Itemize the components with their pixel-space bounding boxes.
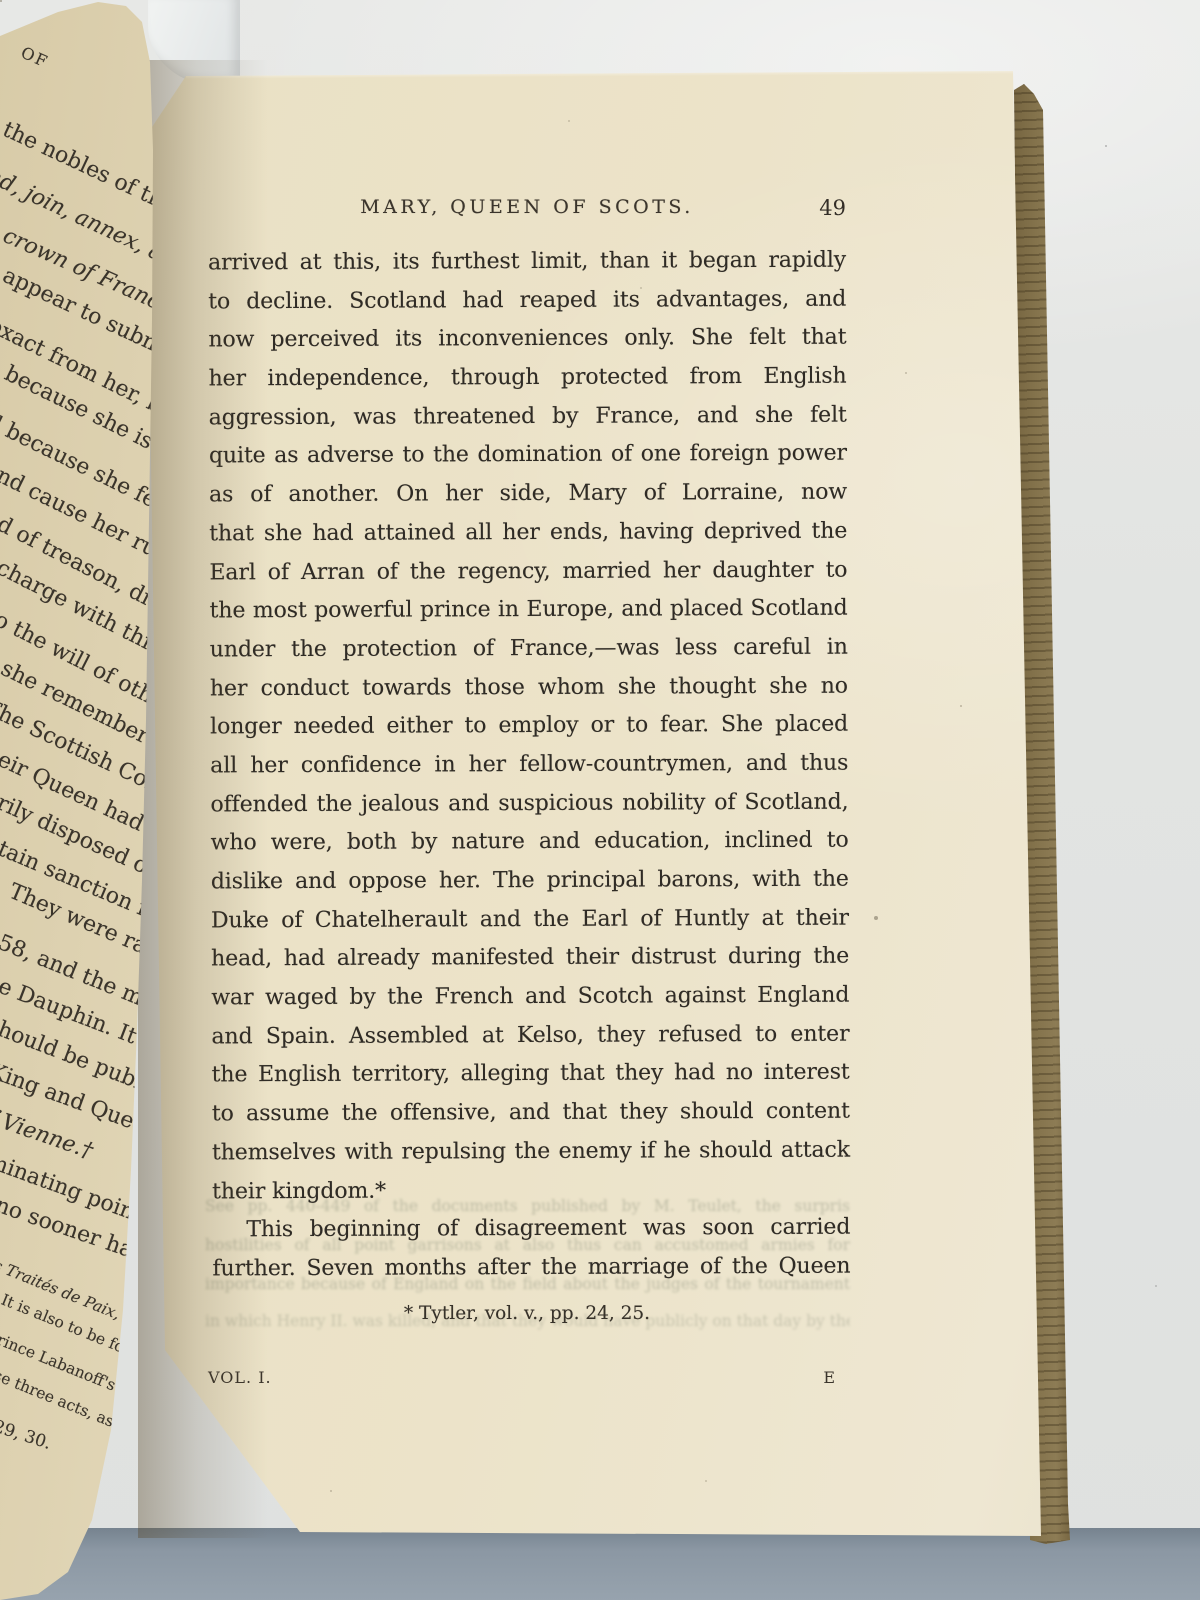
body-line: themselves with repulsing the enemy if h… <box>212 1131 850 1172</box>
body-line: the English territory, alleging that the… <box>212 1054 850 1095</box>
body-line: war waged by the French and Scotch again… <box>211 977 849 1018</box>
body-line: all her confidence in her fellow-country… <box>210 745 848 786</box>
body-line: This beginning of disagreement was soon … <box>212 1209 850 1250</box>
left-page-fragment: OF <box>18 43 52 72</box>
body-line: to assume the offensive, and that they s… <box>212 1093 850 1134</box>
paper-specks <box>0 0 2 2</box>
running-header: MARY, QUEEN OF SCOTS. <box>208 196 846 218</box>
body-text: arrived at this, its furthest limit, tha… <box>208 242 851 1289</box>
body-line: her independence, through protected from… <box>209 358 847 399</box>
page-number: 49 <box>790 196 846 220</box>
body-line: arrived at this, its furthest limit, tha… <box>208 242 846 283</box>
signature-mark: E <box>823 1368 836 1387</box>
body-line: under the protection of France,—was less… <box>210 628 848 669</box>
body-line: their kingdom.* <box>212 1170 850 1211</box>
body-line: who were, both by nature and education, … <box>211 822 849 863</box>
body-line: that she had attained all her ends, havi… <box>209 512 847 553</box>
body-line: as of another. On her side, Mary of Lorr… <box>209 474 847 515</box>
body-line: dislike and oppose her. The principal ba… <box>211 861 849 902</box>
body-line: now perceived its inconveniences only. S… <box>208 319 846 360</box>
left-page-fragment: 29, 30. <box>0 1416 54 1453</box>
body-line: further. Seven months after the marriage… <box>212 1247 850 1288</box>
body-line: offended the jealous and suspicious nobi… <box>210 783 848 824</box>
body-line: head, had already manifested their distr… <box>211 938 849 979</box>
body-line: Earl of Arran of the regency, married he… <box>209 551 847 592</box>
body-line: her conduct towards those whom she thoug… <box>210 667 848 708</box>
body-line: aggression, was threatened by France, an… <box>209 396 847 437</box>
body-line: and Spain. Assembled at Kelso, they refu… <box>211 1015 849 1056</box>
footnote: * Tytler, vol. v., pp. 24, 25. <box>208 1303 846 1324</box>
body-line: to decline. Scotland had reaped its adva… <box>208 280 846 321</box>
gutter-shadow <box>138 60 268 1538</box>
table-shadow <box>0 1528 1200 1600</box>
body-line: the most powerful prince in Europe, and … <box>210 590 848 631</box>
body-line: longer needed either to employ or to fea… <box>210 706 848 747</box>
body-line: Duke of Chatelherault and the Earl of Hu… <box>211 899 849 940</box>
body-line: quite as adverse to the domination of on… <box>209 435 847 476</box>
